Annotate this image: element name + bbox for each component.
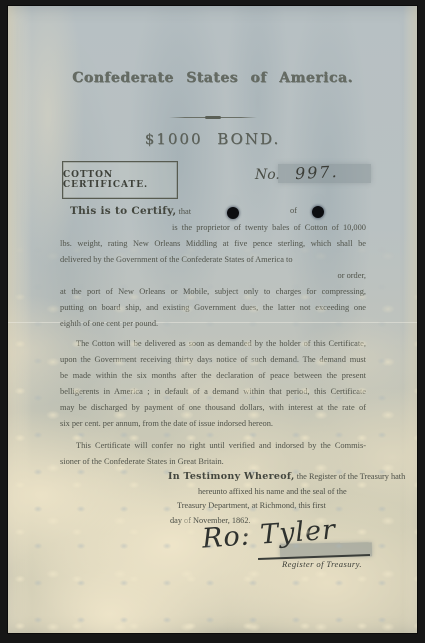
- cotton-certificate-box: COTTON CERTIFICATE.: [62, 161, 178, 199]
- body-line: This Certificate will confer no right un…: [60, 438, 366, 454]
- body-line: six per cent. per annum, from the date o…: [60, 416, 366, 432]
- body-line: putting on board ship, and existing Gove…: [60, 300, 366, 316]
- testimony-line: Treasury Department, at Richmond, this f…: [168, 499, 372, 514]
- of-word: of: [290, 203, 297, 219]
- testimony-line: hereunto affixed his name and the seal o…: [168, 485, 372, 500]
- body-line: upon the Government receiving thirty day…: [60, 352, 366, 368]
- certificate-label: COTTON CERTIFICATE.: [63, 170, 177, 190]
- body-line: or order,: [60, 268, 366, 284]
- photo-frame-background: Confederate States of America. $1000 BON…: [0, 0, 425, 643]
- certify-opening-rest: that: [176, 207, 191, 216]
- punch-hole-right: [312, 206, 324, 218]
- serial-no-label: No.: [255, 167, 280, 183]
- body-line: The Cotton will be delivered as soon as …: [60, 336, 366, 352]
- body-line: belligerents in America ; in default of …: [60, 384, 366, 400]
- body-line: delivered by the Government of the Confe…: [60, 252, 366, 268]
- testimony-opening-phrase: In Testimony Whereof,: [168, 471, 295, 482]
- serial-number: 997.: [295, 162, 340, 183]
- body-line: may be discharged by payment of one thou…: [60, 400, 366, 416]
- certify-opening-phrase: This is to Certify,: [70, 205, 176, 217]
- body-lines: is the proprietor of twenty bales of Cot…: [60, 220, 366, 470]
- certificate-paper: Confederate States of America. $1000 BON…: [8, 6, 417, 633]
- body-line: is the proprietor of twenty bales of Cot…: [60, 220, 366, 236]
- signer-title: Register of Treasury.: [282, 559, 362, 569]
- bond-heading: $1000 BOND.: [8, 130, 417, 148]
- body-line: lbs. weight, rating New Orleans Middling…: [60, 236, 366, 252]
- body-paragraphs: This is to Certify, that of is the propr…: [60, 203, 366, 470]
- testimony-first-line: In Testimony Whereof, the Register of th…: [168, 470, 372, 485]
- punch-hole-left: [227, 207, 239, 219]
- body-line: eighth of one cent per pound.: [60, 316, 366, 332]
- testimony-line1: the Register of the Treasury hath: [295, 472, 406, 481]
- ornament-divider: [169, 117, 257, 118]
- body-line: sioner of the Confederate States in Grea…: [60, 454, 366, 470]
- body-line: be made within the six months after the …: [60, 368, 366, 384]
- body-line: at the port of New Orleans or Mobile, su…: [60, 284, 366, 300]
- document-title: Confederate States of America.: [8, 70, 417, 86]
